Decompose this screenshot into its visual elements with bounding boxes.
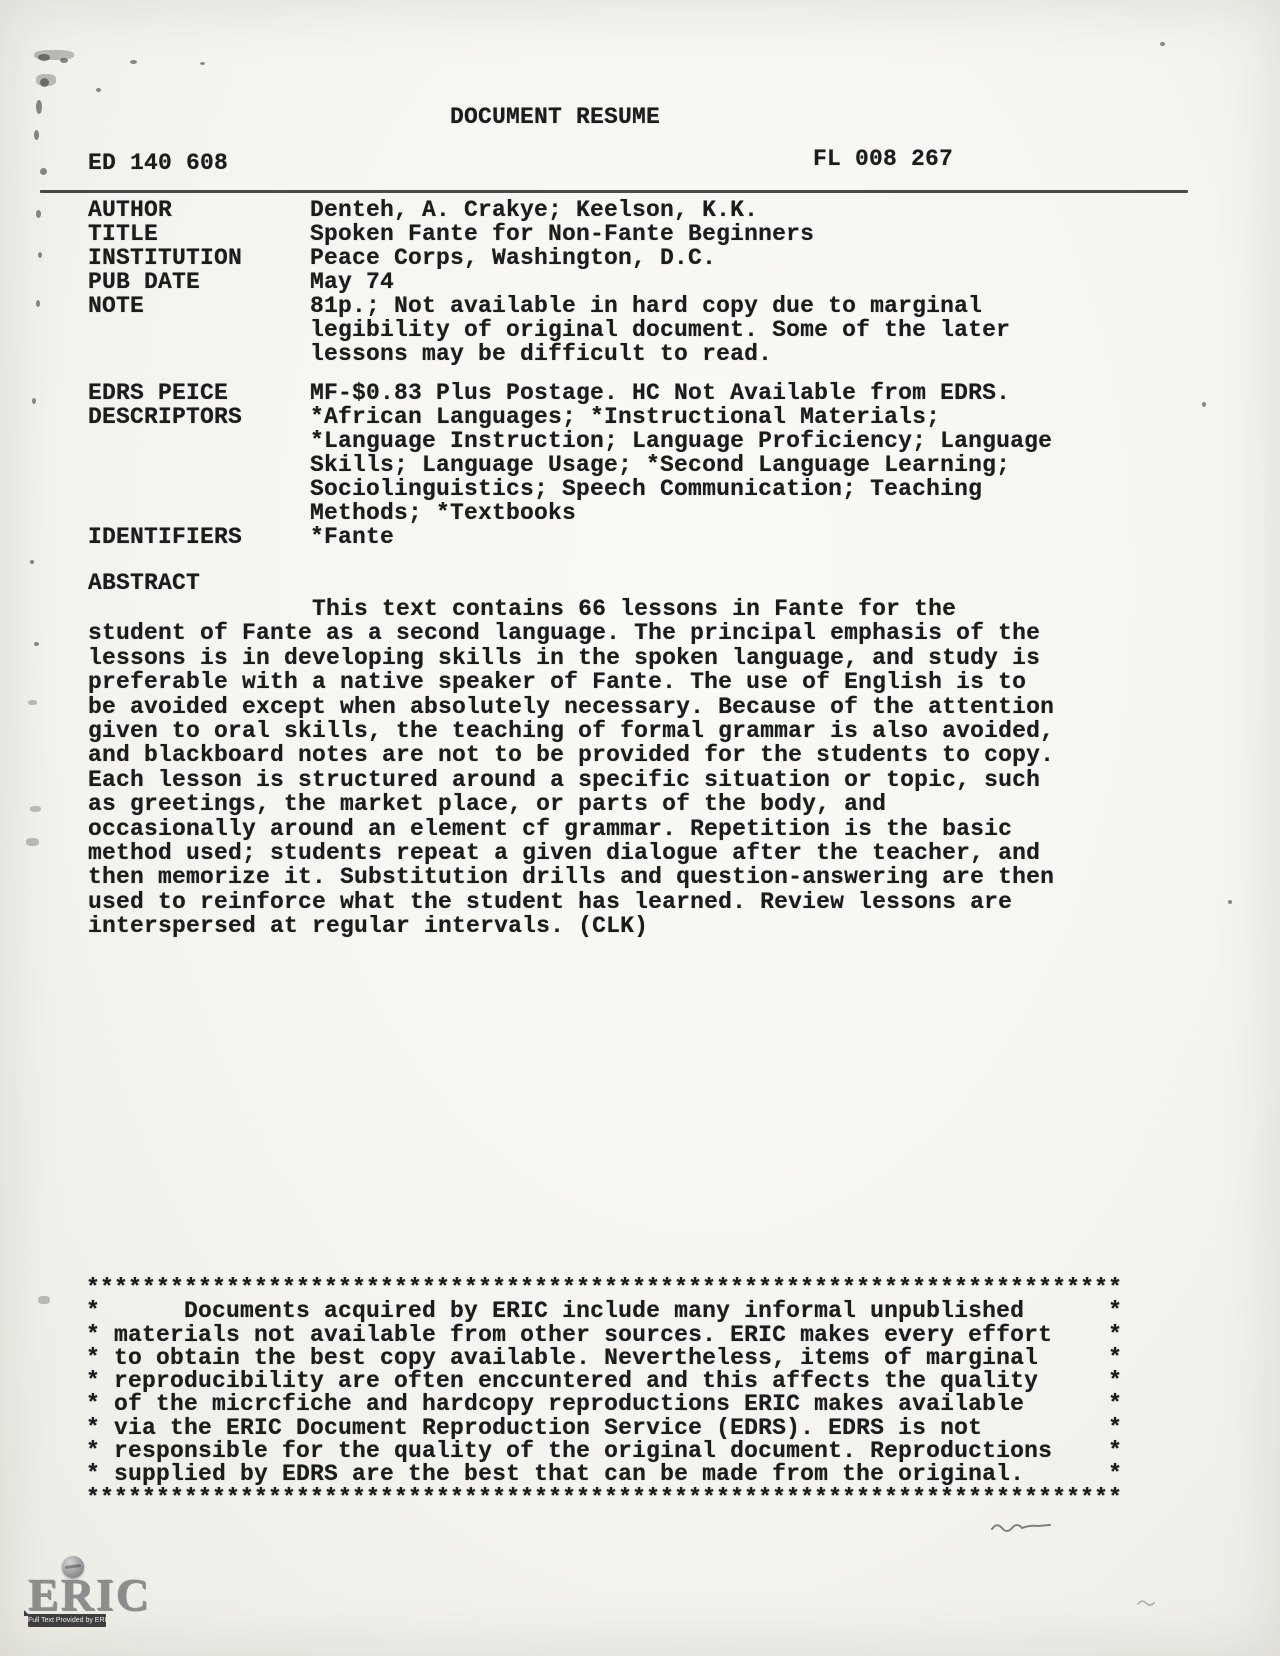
abstract-line: This text contains 66 lessons in Fante f… <box>88 597 1054 621</box>
notice-line: ****************************************… <box>86 1487 1122 1510</box>
field-value: lessons may be difficult to read. <box>310 342 1148 366</box>
notice-line: * supplied by EDRS are the best that can… <box>86 1463 1122 1486</box>
ed-number: ED 140 608 <box>88 150 228 176</box>
field-value: Methods; *Textbooks <box>310 501 1148 525</box>
field-label: IDENTIFIERS <box>88 525 310 549</box>
metadata-row-descriptors: DESCRIPTORS *African Languages; *Instruc… <box>88 405 1148 525</box>
scan-speck <box>130 60 137 64</box>
notice-line: * Documents acquired by ERIC include man… <box>86 1300 1122 1323</box>
edrs-reproduction-notice: ****************************************… <box>86 1277 1122 1510</box>
header-divider <box>40 190 1188 193</box>
field-value: Denteh, A. Crakye; Keelson, K.K. <box>310 198 1148 222</box>
handwritten-mark <box>990 1518 1054 1536</box>
scan-speck <box>38 252 42 258</box>
field-value: Spoken Fante for Non-Fante Beginners <box>310 222 1148 246</box>
scan-speck <box>36 210 41 218</box>
field-label: INSTITUTION <box>88 246 310 270</box>
abstract-line: used to reinforce what the student has l… <box>88 890 1054 914</box>
scan-speck <box>28 700 37 705</box>
scan-speck <box>30 806 41 812</box>
notice-line: * of the micrcfiche and hardcopy reprodu… <box>86 1393 1122 1416</box>
scan-speck <box>34 642 39 646</box>
abstract-line: given to oral skills, the teaching of fo… <box>88 719 1054 743</box>
abstract-line: then memorize it. Substitution drills an… <box>88 865 1054 889</box>
metadata-row-title: TITLE Spoken Fante for Non-Fante Beginne… <box>88 222 1148 246</box>
metadata-row-identifiers: IDENTIFIERS *Fante <box>88 525 1148 549</box>
abstract-line: as greetings, the market place, or parts… <box>88 792 1054 816</box>
eric-logo-tagline: Full Text Provided by ERIC <box>28 1614 106 1627</box>
abstract-paragraph: This text contains 66 lessons in Fante f… <box>88 597 1054 939</box>
field-value: Sociolinguistics; Speech Communication; … <box>310 477 1148 501</box>
field-value: *African Languages; *Instructional Mater… <box>310 405 1148 429</box>
page-title: DOCUMENT RESUME <box>450 104 660 130</box>
fl-number: FL 008 267 <box>813 146 953 172</box>
scanned-document-page: DOCUMENT RESUME ED 140 608 FL 008 267 AU… <box>0 0 1280 1656</box>
scan-speck <box>30 560 34 564</box>
field-label: EDRS PEICE <box>88 381 310 405</box>
field-label: PUB DATE <box>88 270 310 294</box>
abstract-line: method used; students repeat a given dia… <box>88 841 1054 865</box>
handwritten-mark-small <box>1136 1596 1162 1608</box>
notice-line: * responsible for the quality of the ori… <box>86 1440 1122 1463</box>
abstract-line: lessons is in developing skills in the s… <box>88 646 1054 670</box>
abstract-line: interspersed at regular intervals. (CLK) <box>88 914 1054 938</box>
abstract-line: occasionally around an element cf gramma… <box>88 817 1054 841</box>
scan-speck <box>200 62 205 65</box>
scan-speck <box>1228 900 1232 904</box>
field-value: May 74 <box>310 270 1148 294</box>
notice-line: * via the ERIC Document Reproduction Ser… <box>86 1417 1122 1440</box>
scan-speck <box>38 54 50 61</box>
field-label: TITLE <box>88 222 310 246</box>
field-value: legibility of original document. Some of… <box>310 318 1148 342</box>
scan-speck <box>40 168 47 175</box>
scan-speck <box>1202 402 1206 407</box>
metadata-block: AUTHOR Denteh, A. Crakye; Keelson, K.K. … <box>88 198 1148 549</box>
notice-line: * to obtain the best copy available. Nev… <box>86 1347 1122 1370</box>
field-label: AUTHOR <box>88 198 310 222</box>
metadata-row-edrs-price: EDRS PEICE MF-$0.83 Plus Postage. HC Not… <box>88 381 1148 405</box>
metadata-row-pub-date: PUB DATE May 74 <box>88 270 1148 294</box>
scan-speck <box>26 838 39 846</box>
abstract-line: student of Fante as a second language. T… <box>88 621 1054 645</box>
eric-logo: ERIC Full Text Provided by ERIC <box>24 1556 214 1652</box>
scan-speck <box>96 88 101 92</box>
notice-line: ****************************************… <box>86 1277 1122 1300</box>
abstract-heading: ABSTRACT <box>88 570 200 596</box>
metadata-row-institution: INSTITUTION Peace Corps, Washington, D.C… <box>88 246 1148 270</box>
field-value: MF-$0.83 Plus Postage. HC Not Available … <box>310 381 1148 405</box>
field-value: *Fante <box>310 525 1148 549</box>
scan-speck <box>38 1296 50 1304</box>
scan-speck <box>36 300 40 307</box>
field-value: Peace Corps, Washington, D.C. <box>310 246 1148 270</box>
field-value: 81p.; Not available in hard copy due to … <box>310 294 1148 318</box>
notice-line: * reproducibility are often enccuntered … <box>86 1370 1122 1393</box>
scan-speck <box>1160 42 1165 46</box>
metadata-row-note: NOTE 81p.; Not available in hard copy du… <box>88 294 1148 366</box>
scan-speck <box>40 78 49 87</box>
scan-speck <box>60 58 68 63</box>
field-value: Skills; Language Usage; *Second Language… <box>310 453 1148 477</box>
abstract-line: preferable with a native speaker of Fant… <box>88 670 1054 694</box>
abstract-line: be avoided except when absolutely necess… <box>88 695 1054 719</box>
field-value: *Language Instruction; Language Proficie… <box>310 429 1148 453</box>
abstract-line: and blackboard notes are not to be provi… <box>88 743 1054 767</box>
field-label: DESCRIPTORS <box>88 405 310 429</box>
abstract-line: Each lesson is structured around a speci… <box>88 768 1054 792</box>
scan-speck <box>32 398 36 404</box>
notice-line: * materials not available from other sou… <box>86 1324 1122 1347</box>
metadata-row-author: AUTHOR Denteh, A. Crakye; Keelson, K.K. <box>88 198 1148 222</box>
scan-speck <box>34 130 39 140</box>
scan-speck <box>36 100 42 114</box>
field-label: NOTE <box>88 294 310 318</box>
